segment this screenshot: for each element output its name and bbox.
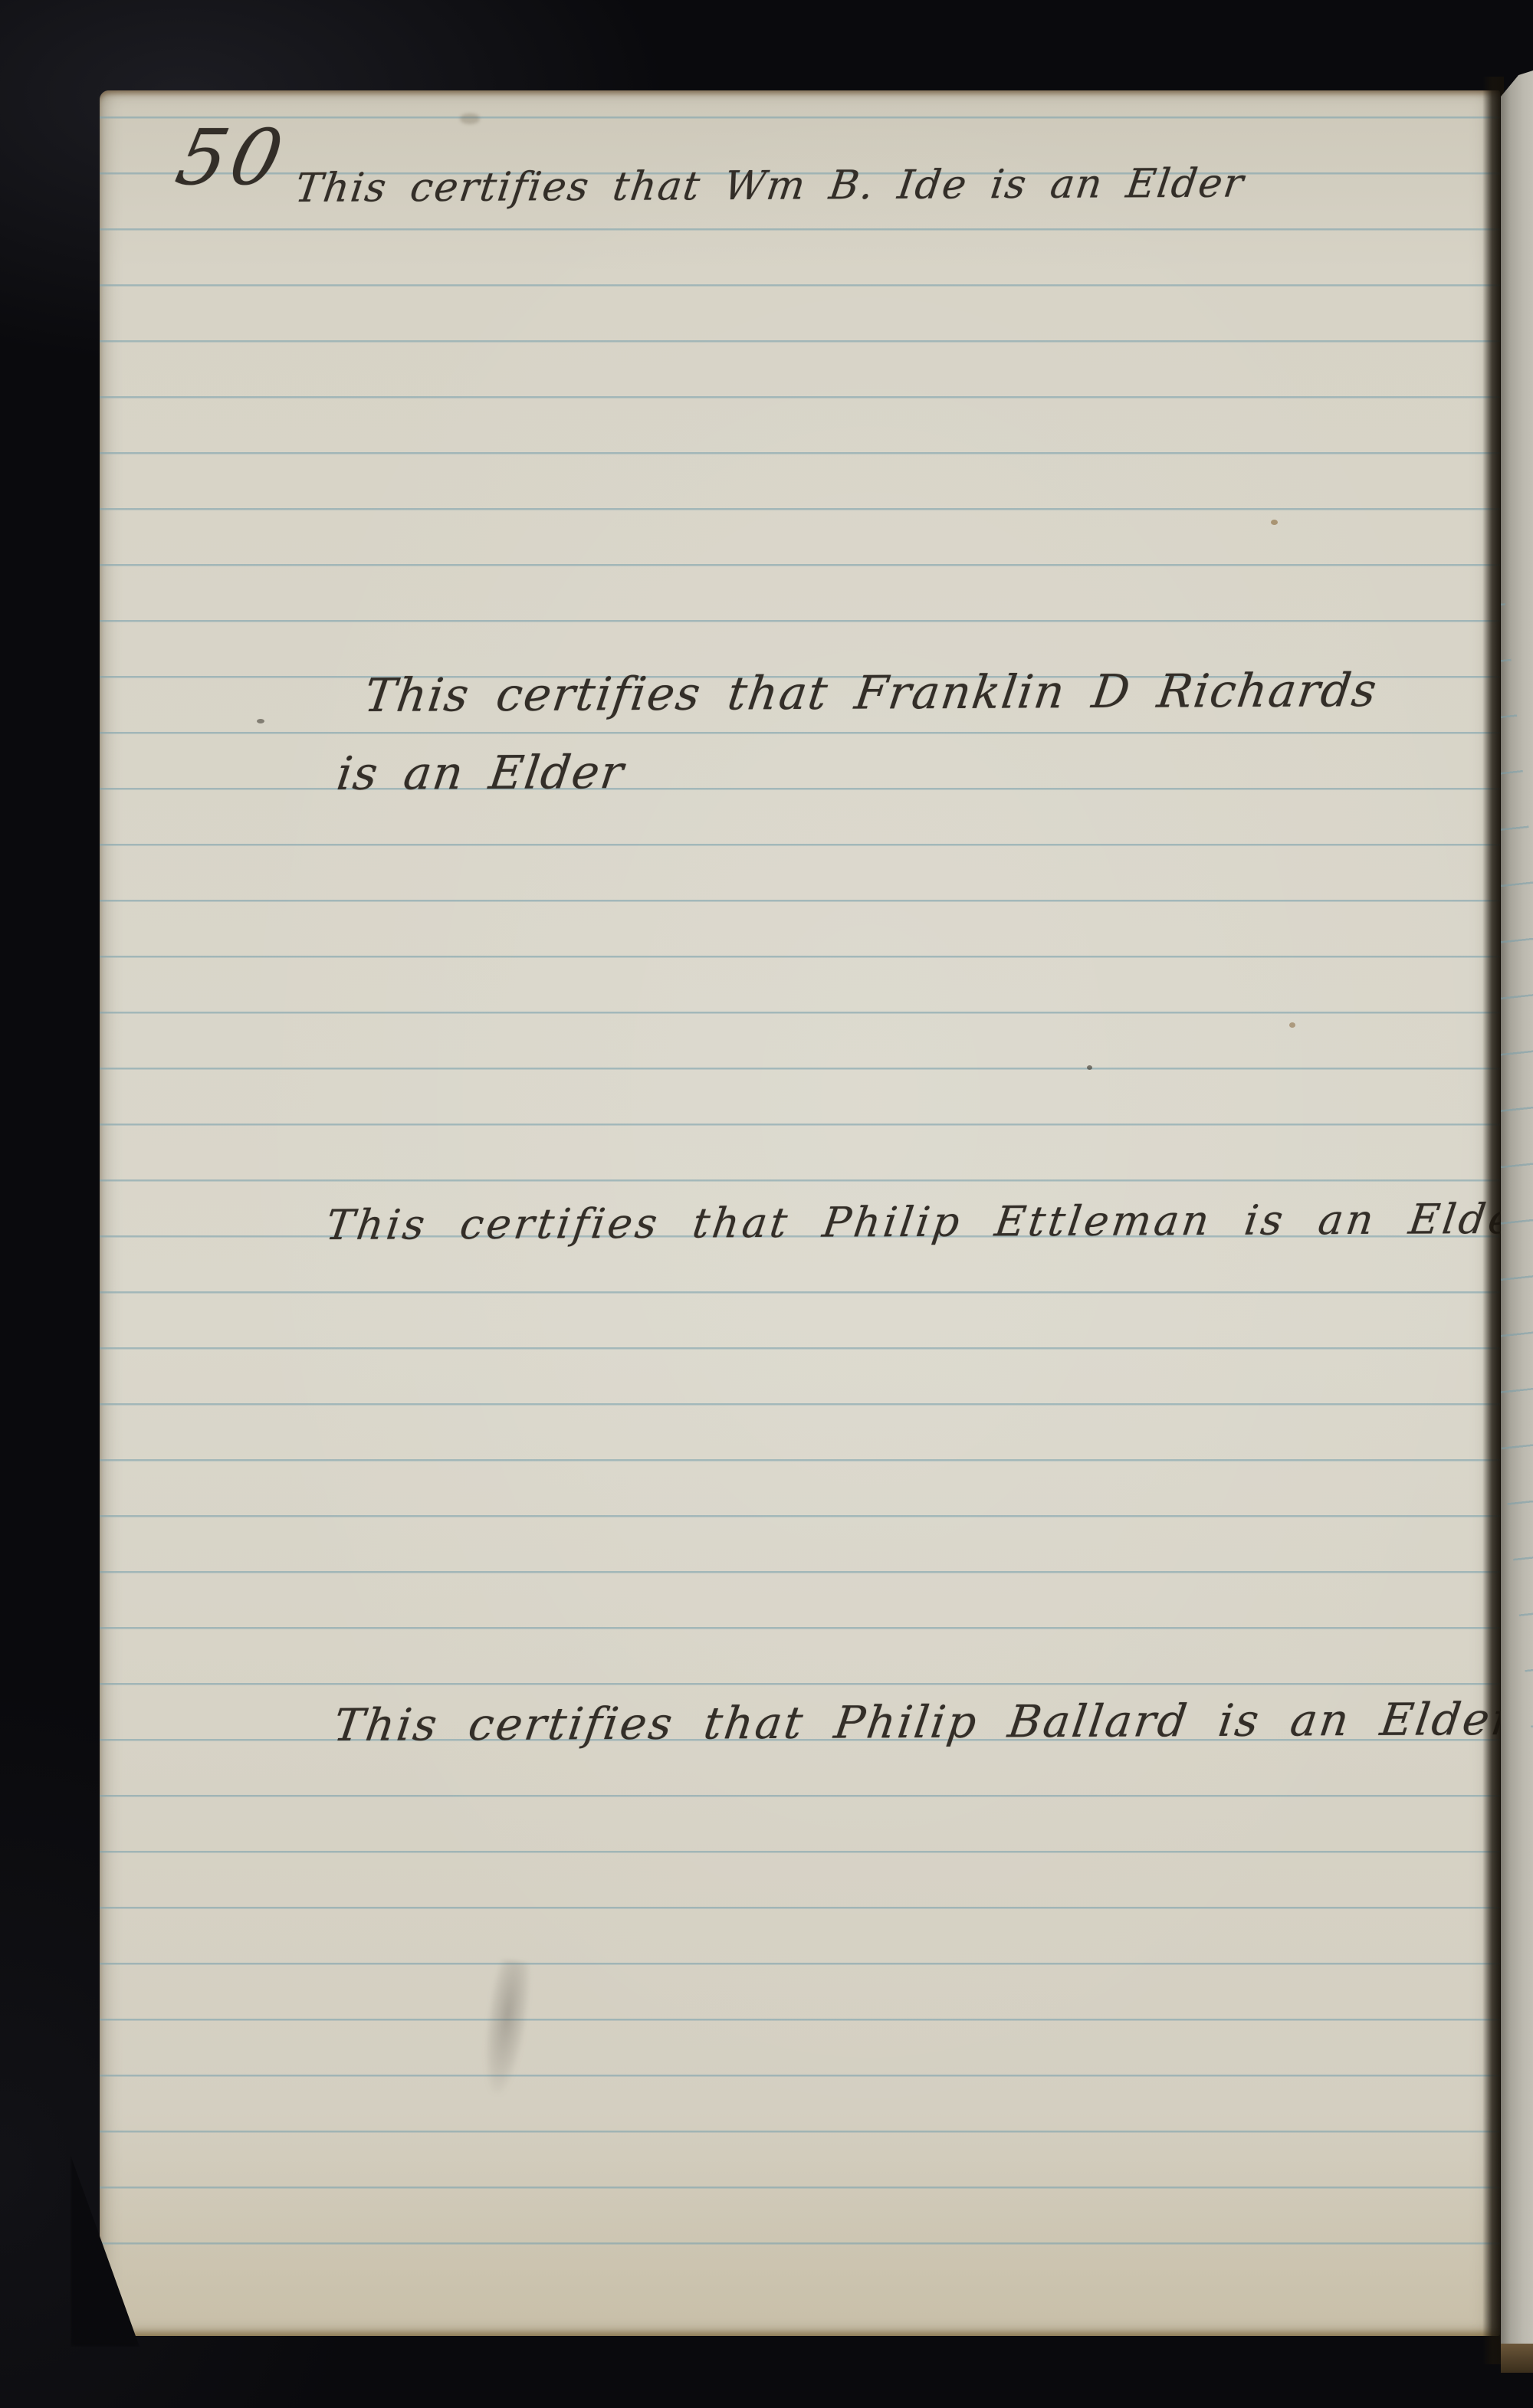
paper-speck: [1271, 520, 1278, 525]
gutter-shadow: [1482, 77, 1504, 2364]
entry-2-line-2: is an Elder: [334, 750, 628, 797]
entry-4-text: This certifies that Philip Ballard is an…: [331, 1697, 1518, 1747]
notebook-page: 50 This certifies that Wm B. Ide is an E…: [100, 90, 1500, 2336]
entry-2-line-1: This certifies that Franklin D Richards: [362, 668, 1380, 719]
paper-speck: [1289, 1022, 1295, 1028]
ruled-lines: [100, 116, 1500, 2247]
page-number: 50: [170, 120, 294, 196]
entry-1-text: This certifies that Wm B. Ide is an Elde…: [293, 164, 1247, 208]
entry-3-text: This certifies that Philip Ettleman is a…: [323, 1199, 1533, 1246]
paper-speck: [1087, 1065, 1092, 1070]
book-cover-edge: [1501, 2344, 1533, 2373]
next-page-edge: [1501, 71, 1533, 2351]
paper-speck: [460, 113, 480, 124]
next-page-ruled-lines: [1501, 103, 1533, 2338]
photo-background: 50 This certifies that Wm B. Ide is an E…: [0, 0, 1533, 2408]
paper-speck: [257, 719, 264, 723]
